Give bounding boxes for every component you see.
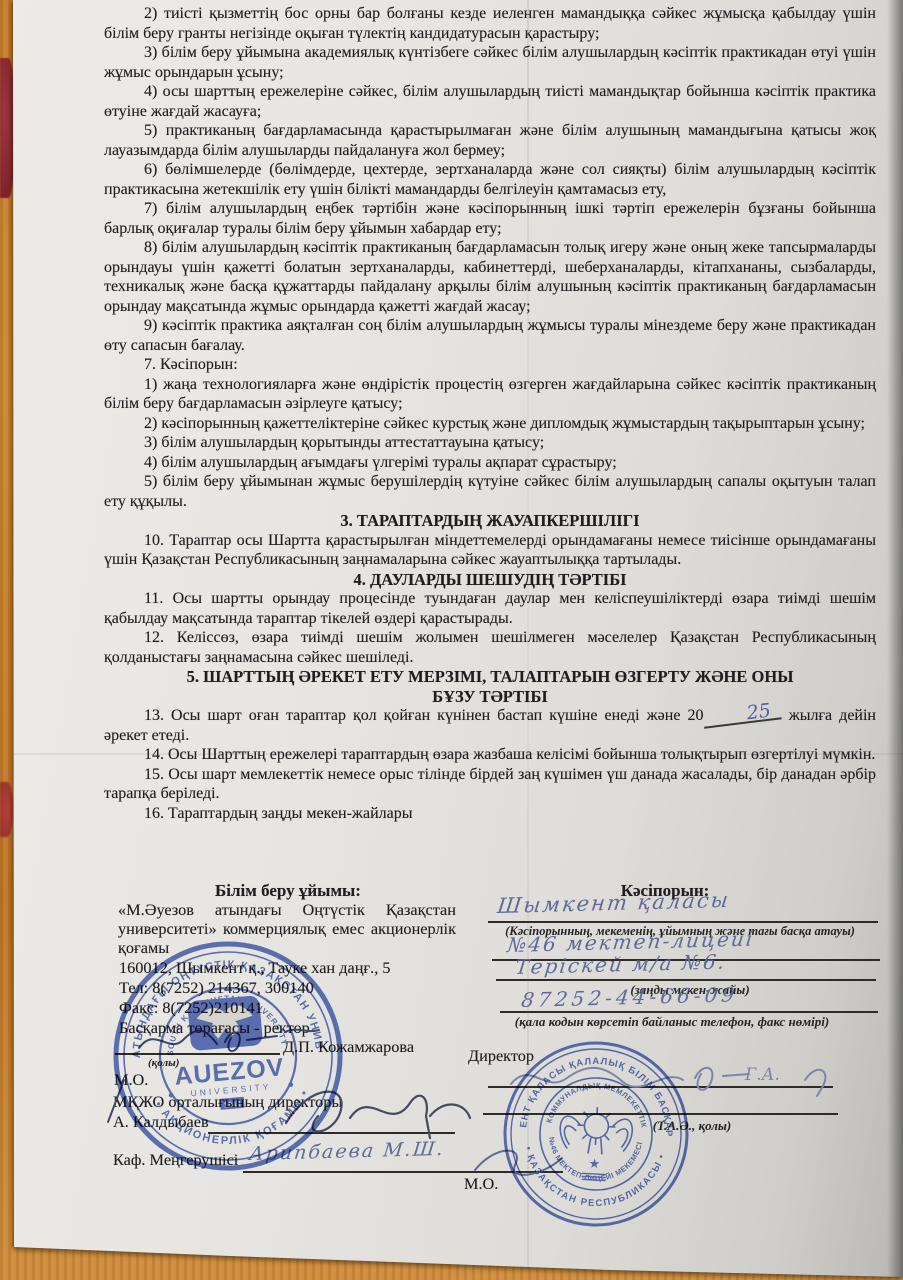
section-4-heading: 4. ДАУЛАРДЫ ШЕШУДІҢ ТӘРТІБІ bbox=[104, 570, 876, 590]
enterprise-address-handwritten: Теріскей м/а №6. bbox=[514, 950, 728, 979]
department-head-handwritten-name: Арипбаева М.Ш. bbox=[248, 1138, 446, 1165]
company-handwritten: Шымкент қаласы bbox=[496, 888, 731, 918]
paper-edge-shadow bbox=[887, 0, 903, 1280]
emblem-star: ★ bbox=[588, 1156, 600, 1172]
enterprise-clause-3: 3) білім алушылардың қорытынды аттестатт… bbox=[104, 433, 876, 453]
director-label: Директор bbox=[468, 1046, 534, 1066]
director-signature-hint: (Т.А.Ә., қолы) bbox=[542, 1118, 842, 1134]
emblem-banner bbox=[582, 1173, 606, 1180]
clause-11: 11. Осы шартты орындау процесінде туында… bbox=[104, 589, 876, 628]
clause-16: 16. Тараптардың заңды мекен-жайлары bbox=[104, 804, 876, 824]
center-director-name: А. Калдыбаев bbox=[113, 1112, 209, 1132]
clause-10: 10. Тараптар осы Шартта қарастырылған мі… bbox=[104, 531, 876, 570]
department-head-signature-line bbox=[243, 1171, 563, 1173]
right-seal-label: М.О. bbox=[464, 1174, 498, 1194]
clause-8: 8) білім алушылардың кәсіптік практиканы… bbox=[104, 238, 876, 316]
section-7-title: 7. Кәсіпорын: bbox=[104, 355, 876, 375]
rector-name: Д.П. Кожамжарова bbox=[283, 1037, 414, 1057]
clause-12: 12. Келіссөз, өзара тиімді шешім жолымен… bbox=[104, 628, 876, 667]
enterprise-clause-1: 1) жаңа технологияларға және өндірістік … bbox=[104, 375, 876, 414]
rector-signature-line bbox=[115, 1053, 280, 1055]
clause-4: 4) осы шарттың ережелеріне сәйкес, білім… bbox=[104, 82, 876, 121]
clause-2: 2) тиісті қызметтің бос орны бар болғаны… bbox=[104, 4, 876, 43]
handwritten-year: 25 bbox=[703, 702, 783, 728]
enterprise-clause-5: 5) білім беру ұйымынан жұмыс берушілерді… bbox=[104, 472, 876, 511]
phone-hint: (қала кодын көрсетіп байланыс телефон, ф… bbox=[452, 1014, 892, 1030]
clause-13-before: 13. Осы шарт оған тараптар қол қойған кү… bbox=[144, 707, 703, 724]
school-stamp-bottom-text: • ҚАЗАҚСТАН РЕСПУБЛИКАСЫ • bbox=[519, 1145, 668, 1213]
director-signature-ink: Г.А. bbox=[505, 1050, 850, 1098]
paper-crease-vertical bbox=[527, 0, 529, 1280]
svg-text:• ҚАЗАҚСТАН РЕСПУБЛИКАСЫ •: • ҚАЗАҚСТАН РЕСПУБЛИКАСЫ • bbox=[519, 1145, 668, 1213]
left-column-header: Білім беру ұйымы: bbox=[118, 881, 458, 901]
enterprise-clause-2: 2) кәсіпорынның қажеттеліктеріне сәйкес … bbox=[104, 414, 876, 434]
clause-5: 5) практиканың бағдарламасында қарастыры… bbox=[104, 121, 876, 160]
left-seal-label: М.О. bbox=[114, 1070, 148, 1090]
organization-fax: Факс: 8(7252)210141 bbox=[119, 998, 263, 1018]
director-initials: Г.А. bbox=[744, 1065, 780, 1085]
stamp-logo-text: AUEZOV bbox=[173, 1053, 285, 1090]
enterprise-phone-line bbox=[500, 1011, 878, 1013]
photo-of-contract: 2) тиісті қызметтің бос орны бар болғаны… bbox=[0, 0, 903, 1280]
enterprise-phone-handwritten: 87252-44-66-09 bbox=[520, 982, 740, 1012]
organization-name: «М.Әуезов атындағы Оңтүстік Қазақстан ун… bbox=[118, 901, 456, 957]
company-line bbox=[488, 921, 878, 923]
contract-body-text: 2) тиісті қызметтің бос орны бар болғаны… bbox=[104, 4, 876, 823]
section-3-heading: 3. ТАРАПТАРДЫҢ ЖАУАПКЕРШІЛІГІ bbox=[104, 511, 876, 531]
enterprise-clause-4: 4) білім алушылардың ағымдағы үлгерімі т… bbox=[104, 453, 876, 473]
organization-address: 160012, Шымкент қ., Тауке хан даңғ., 5 bbox=[119, 958, 390, 978]
clause-15: 15. Осы шарт мемлекеттік немесе орыс тіл… bbox=[104, 765, 876, 804]
enterprise-address-line bbox=[496, 979, 876, 981]
school-stamp-inner-bottom-text: №46 МЕКТЕП-ЛИЦЕЙІ МЕКЕМЕСІ bbox=[545, 1136, 645, 1186]
organization-phone: Тел: 8(7252) 214367, 300140 bbox=[119, 978, 314, 998]
paper-crease-horizontal bbox=[14, 753, 903, 755]
center-director-signature-line bbox=[208, 1132, 455, 1134]
clause-7: 7) білім алушылардың еңбек тәртібін және… bbox=[104, 199, 876, 238]
contract-page: 2) тиісті қызметтің бос орны бар болғаны… bbox=[0, 0, 903, 1280]
clause-9: 9) кәсіптік практика аяқталған соң білім… bbox=[104, 316, 876, 355]
clause-3: 3) білім беру ұйымына академиялық күнтіз… bbox=[104, 43, 876, 82]
svg-text:№46 МЕКТЕП-ЛИЦЕЙІ МЕКЕМЕСІ: №46 МЕКТЕП-ЛИЦЕЙІ МЕКЕМЕСІ bbox=[545, 1136, 645, 1186]
department-head-label: Каф. Меңгерушісі bbox=[113, 1150, 238, 1170]
signature-label: (қолы) bbox=[148, 1057, 179, 1069]
director-signature-line-2 bbox=[483, 1113, 838, 1115]
director-signature-line-1 bbox=[488, 1086, 833, 1088]
rector-position: Басқарма төрағасы - ректор bbox=[119, 1018, 310, 1038]
clause-6: 6) бөлімшелерде (бөлімдерде, цехтерде, з… bbox=[104, 160, 876, 199]
center-director-title: МҚЖО орталығының директоры bbox=[113, 1092, 342, 1112]
clause-13: 13. Осы шарт оған тараптар қол қойған кү… bbox=[104, 706, 876, 745]
